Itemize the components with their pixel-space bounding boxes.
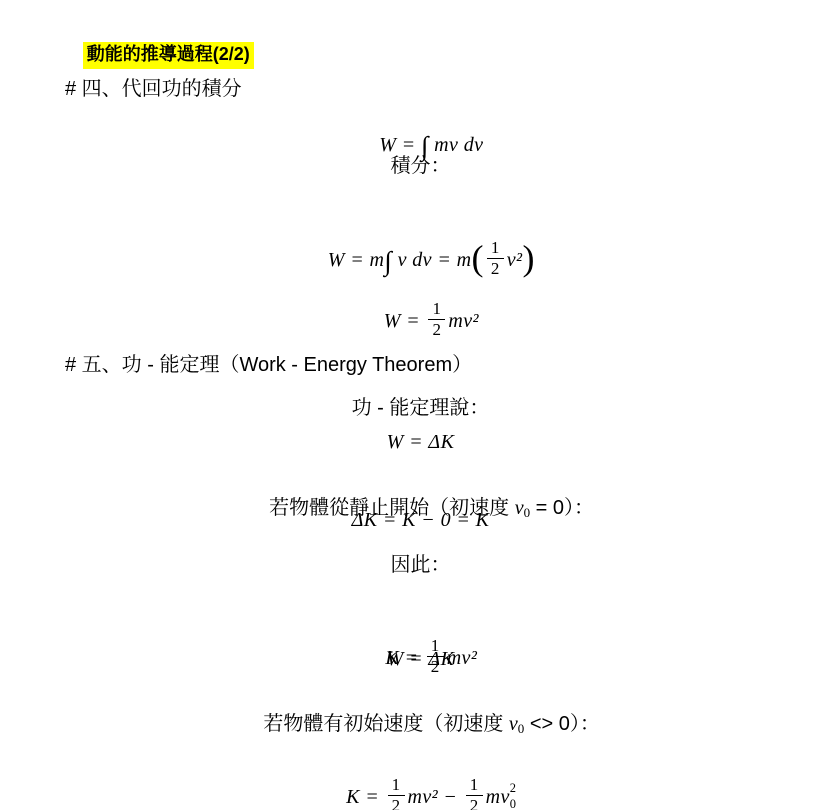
eq-k-diff-mid: mv² − <box>408 786 463 808</box>
fraction-one-half: 12 <box>428 300 445 339</box>
eq-delta-k: ΔK = K − 0 = K <box>0 509 827 532</box>
fraction-numerator: 1 <box>428 300 445 320</box>
section-five-heading: # 五、功 - 能定理（Work - Energy Theorem） <box>0 348 827 377</box>
eq-w-delta-k-2: W = ΔK <box>0 648 827 671</box>
fraction-numerator: 1 <box>388 776 405 796</box>
eq-k-diff-pre: K = <box>346 786 384 808</box>
eq-w-half-pre: W = <box>384 310 426 332</box>
label-integrate: 積分： <box>0 149 827 178</box>
page-title: 動能的推導過程(2/2) <box>83 42 254 69</box>
superscript-2: 2 <box>510 782 517 795</box>
eq-expanded: W = m∫ v dv = m(12v²) <box>0 191 827 237</box>
v0-squared-scripts: 20 <box>510 782 517 810</box>
fraction-denominator: 2 <box>388 796 405 810</box>
eq-k-diff: K = 12mv² − 12mv20 <box>0 728 827 774</box>
label-therefore: 因此： <box>0 548 827 577</box>
eq-k-diff-base: mv <box>486 786 510 808</box>
fraction-one-half: 12 <box>466 776 483 810</box>
fraction-denominator: 2 <box>428 320 445 339</box>
eq-w-delta-k-1: W = ΔK <box>0 431 827 454</box>
fraction-numerator: 1 <box>466 776 483 796</box>
fraction-one-half: 12 <box>388 776 405 810</box>
text-from-rest: 若物體從靜止開始（初速度 v0 = 0）： <box>0 468 827 544</box>
document-page: 動能的推導過程(2/2) # 四、代回功的積分 W = ∫ mv dv 積分： … <box>0 0 827 810</box>
section-four-heading: # 四、代回功的積分 <box>0 72 827 101</box>
eq-k-half: K = 12mv² <box>0 589 827 635</box>
fraction-denominator: 2 <box>466 796 483 810</box>
subscript-0: 0 <box>510 798 517 810</box>
label-theorem-says: 功 - 能定理說： <box>0 391 827 420</box>
eq-w-half: W = 12mv² <box>0 252 827 298</box>
eq-w-half-post: mv² <box>448 310 479 332</box>
